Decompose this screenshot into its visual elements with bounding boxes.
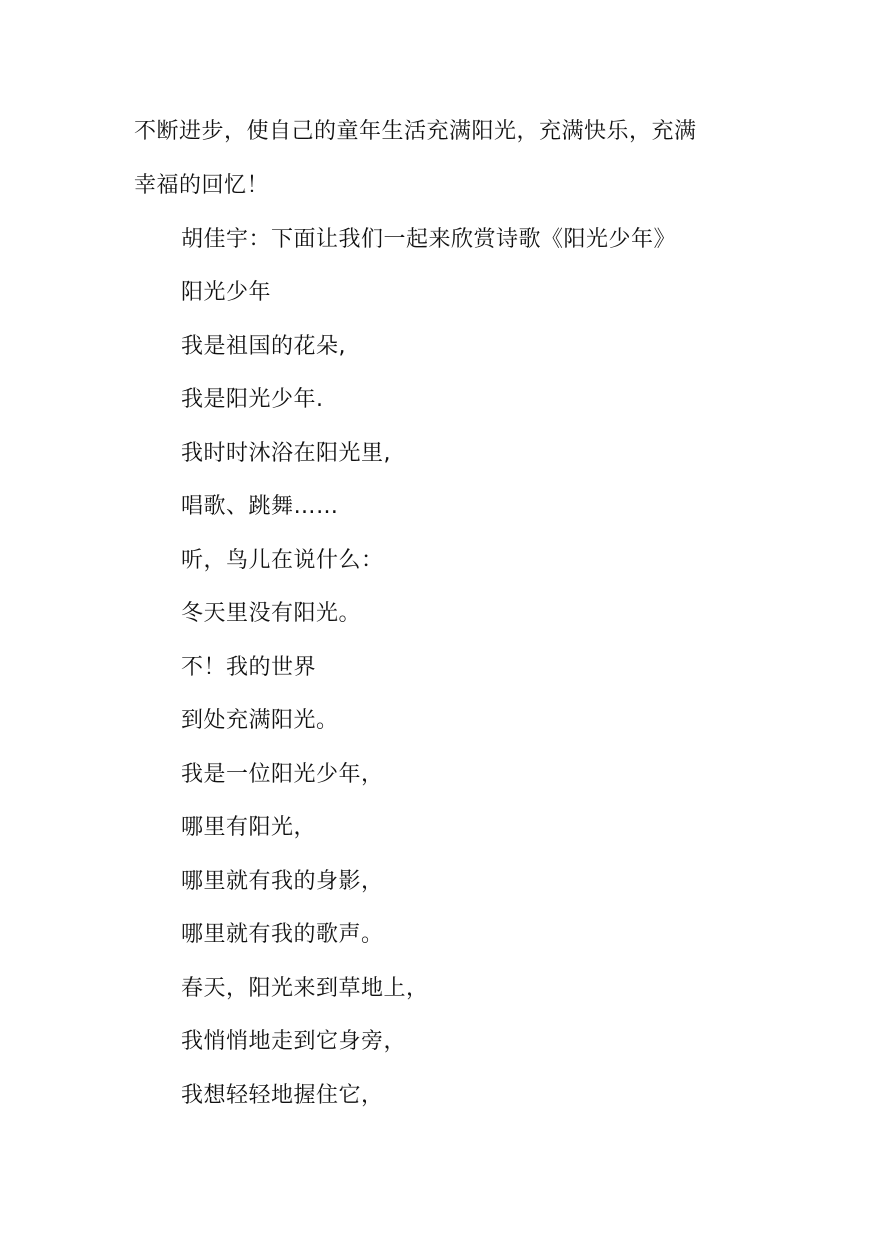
poem-line: 我是一位阳光少年，: [181, 760, 384, 790]
poem-line: 哪里有阳光，: [181, 813, 316, 843]
poem-line: 我悄悄地走到它身旁，: [181, 1027, 406, 1057]
poem-line: 哪里就有我的身影，: [181, 867, 384, 897]
document-page: 不断进步，使自己的童年生活充满阳光，充满快乐，充满 幸福的回忆！ 胡佳宇：下面让…: [0, 0, 884, 1250]
poem-line: 春天，阳光来到草地上，: [181, 974, 429, 1004]
poem-line: 冬天里没有阳光。: [181, 599, 361, 629]
poem-line: 哪里就有我的歌声。: [181, 920, 384, 950]
intro-line: 胡佳宇：下面让我们一起来欣赏诗歌《阳光少年》: [181, 225, 676, 255]
paragraph-line: 幸福的回忆！: [134, 171, 269, 201]
poem-line: 不！我的世界: [181, 653, 316, 683]
poem-line: 唱歌、跳舞……: [181, 492, 339, 522]
poem-line: 听，鸟儿在说什么：: [181, 546, 384, 576]
poem-line: 我想轻轻地握住它，: [181, 1081, 384, 1111]
poem-title: 阳光少年: [181, 278, 271, 308]
paragraph-line: 不断进步，使自己的童年生活充满阳光，充满快乐，充满: [134, 117, 697, 147]
poem-line: 到处充满阳光。: [181, 706, 339, 736]
poem-line: 我是祖国的花朵,: [181, 332, 346, 362]
poem-line: 我是阳光少年.: [181, 385, 324, 415]
poem-line: 我时时沐浴在阳光里,: [181, 439, 391, 469]
